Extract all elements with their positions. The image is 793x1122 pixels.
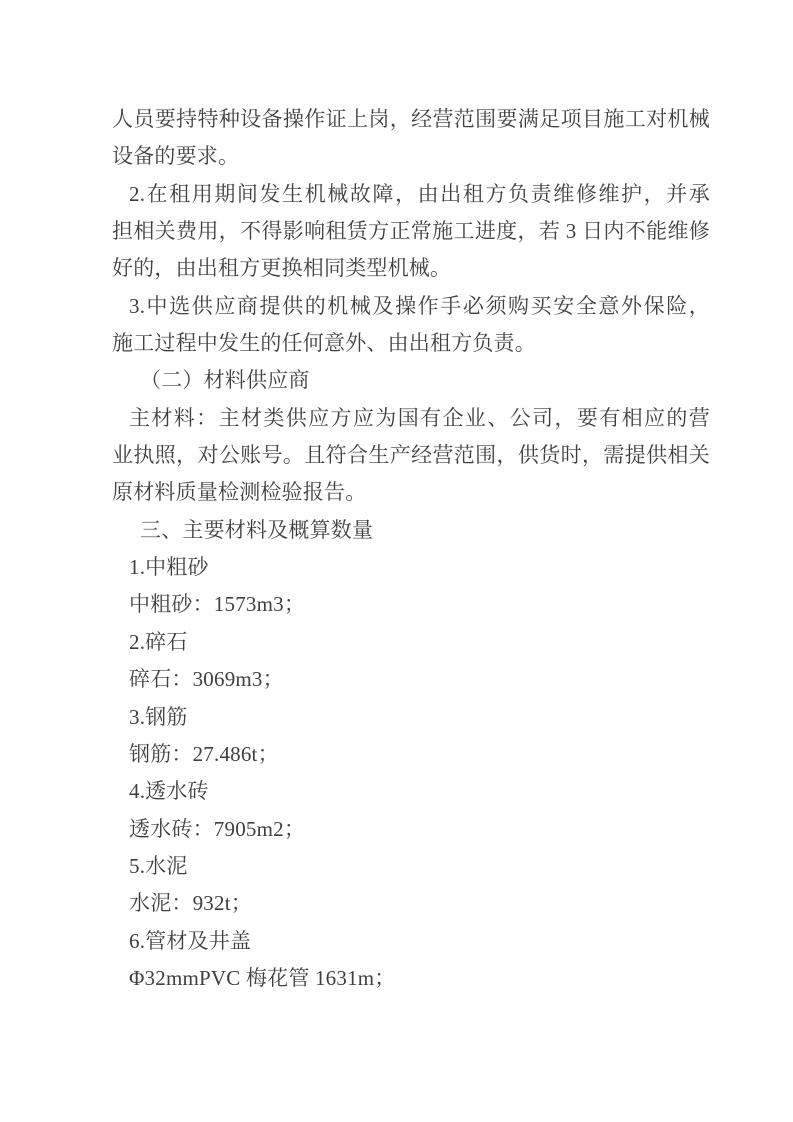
text-line: 人员要持特种设备操作证上岗，经营范围要满足项目施工对机械 <box>112 101 710 138</box>
list-item-line: 透水砖：7905m2； <box>112 811 710 848</box>
list-item-line: 4.透水砖 <box>112 773 710 810</box>
list-item-line: Φ32mmPVC 梅花管 1631m； <box>112 960 710 997</box>
list-item-line: 水泥：932t； <box>112 885 710 922</box>
text-line: 施工过程中发生的任何意外、由出租方负责。 <box>112 325 710 362</box>
text-line: 设备的要求。 <box>112 138 710 175</box>
list-item-line: 1.中粗砂 <box>112 549 710 586</box>
text-line: 原材料质量检测检验报告。 <box>112 474 710 511</box>
text-line: 担相关费用，不得影响租赁方正常施工进度，若 3 日内不能维修 <box>112 213 710 250</box>
text-line: 业执照，对公账号。且符合生产经营范围，供货时，需提供相关 <box>112 437 710 474</box>
list-item-line: 钢筋：27.486t； <box>112 736 710 773</box>
list-item-line: 5.水泥 <box>112 848 710 885</box>
section-heading-line: 三、主要材料及概算数量 <box>112 512 710 549</box>
text-line: 主材料：主材类供应方应为国有企业、公司，要有相应的营 <box>112 400 710 437</box>
document-page: 人员要持特种设备操作证上岗，经营范围要满足项目施工对机械 设备的要求。 2.在租… <box>0 0 793 1122</box>
list-item-line: 中粗砂：1573m3； <box>112 586 710 623</box>
text-line: 3.中选供应商提供的机械及操作手必须购买安全意外保险， <box>112 288 710 325</box>
section-heading-line: （二）材料供应商 <box>112 362 710 399</box>
list-item-line: 2.碎石 <box>112 624 710 661</box>
list-item-line: 3.钢筋 <box>112 699 710 736</box>
text-line: 2.在租用期间发生机械故障，由出租方负责维修维护，并承 <box>112 176 710 213</box>
list-item-line: 碎石：3069m3； <box>112 661 710 698</box>
document-text-block: 人员要持特种设备操作证上岗，经营范围要满足项目施工对机械 设备的要求。 2.在租… <box>112 101 710 997</box>
list-item-line: 6.管材及井盖 <box>112 923 710 960</box>
text-line: 好的，由出租方更换相同类型机械。 <box>112 250 710 287</box>
